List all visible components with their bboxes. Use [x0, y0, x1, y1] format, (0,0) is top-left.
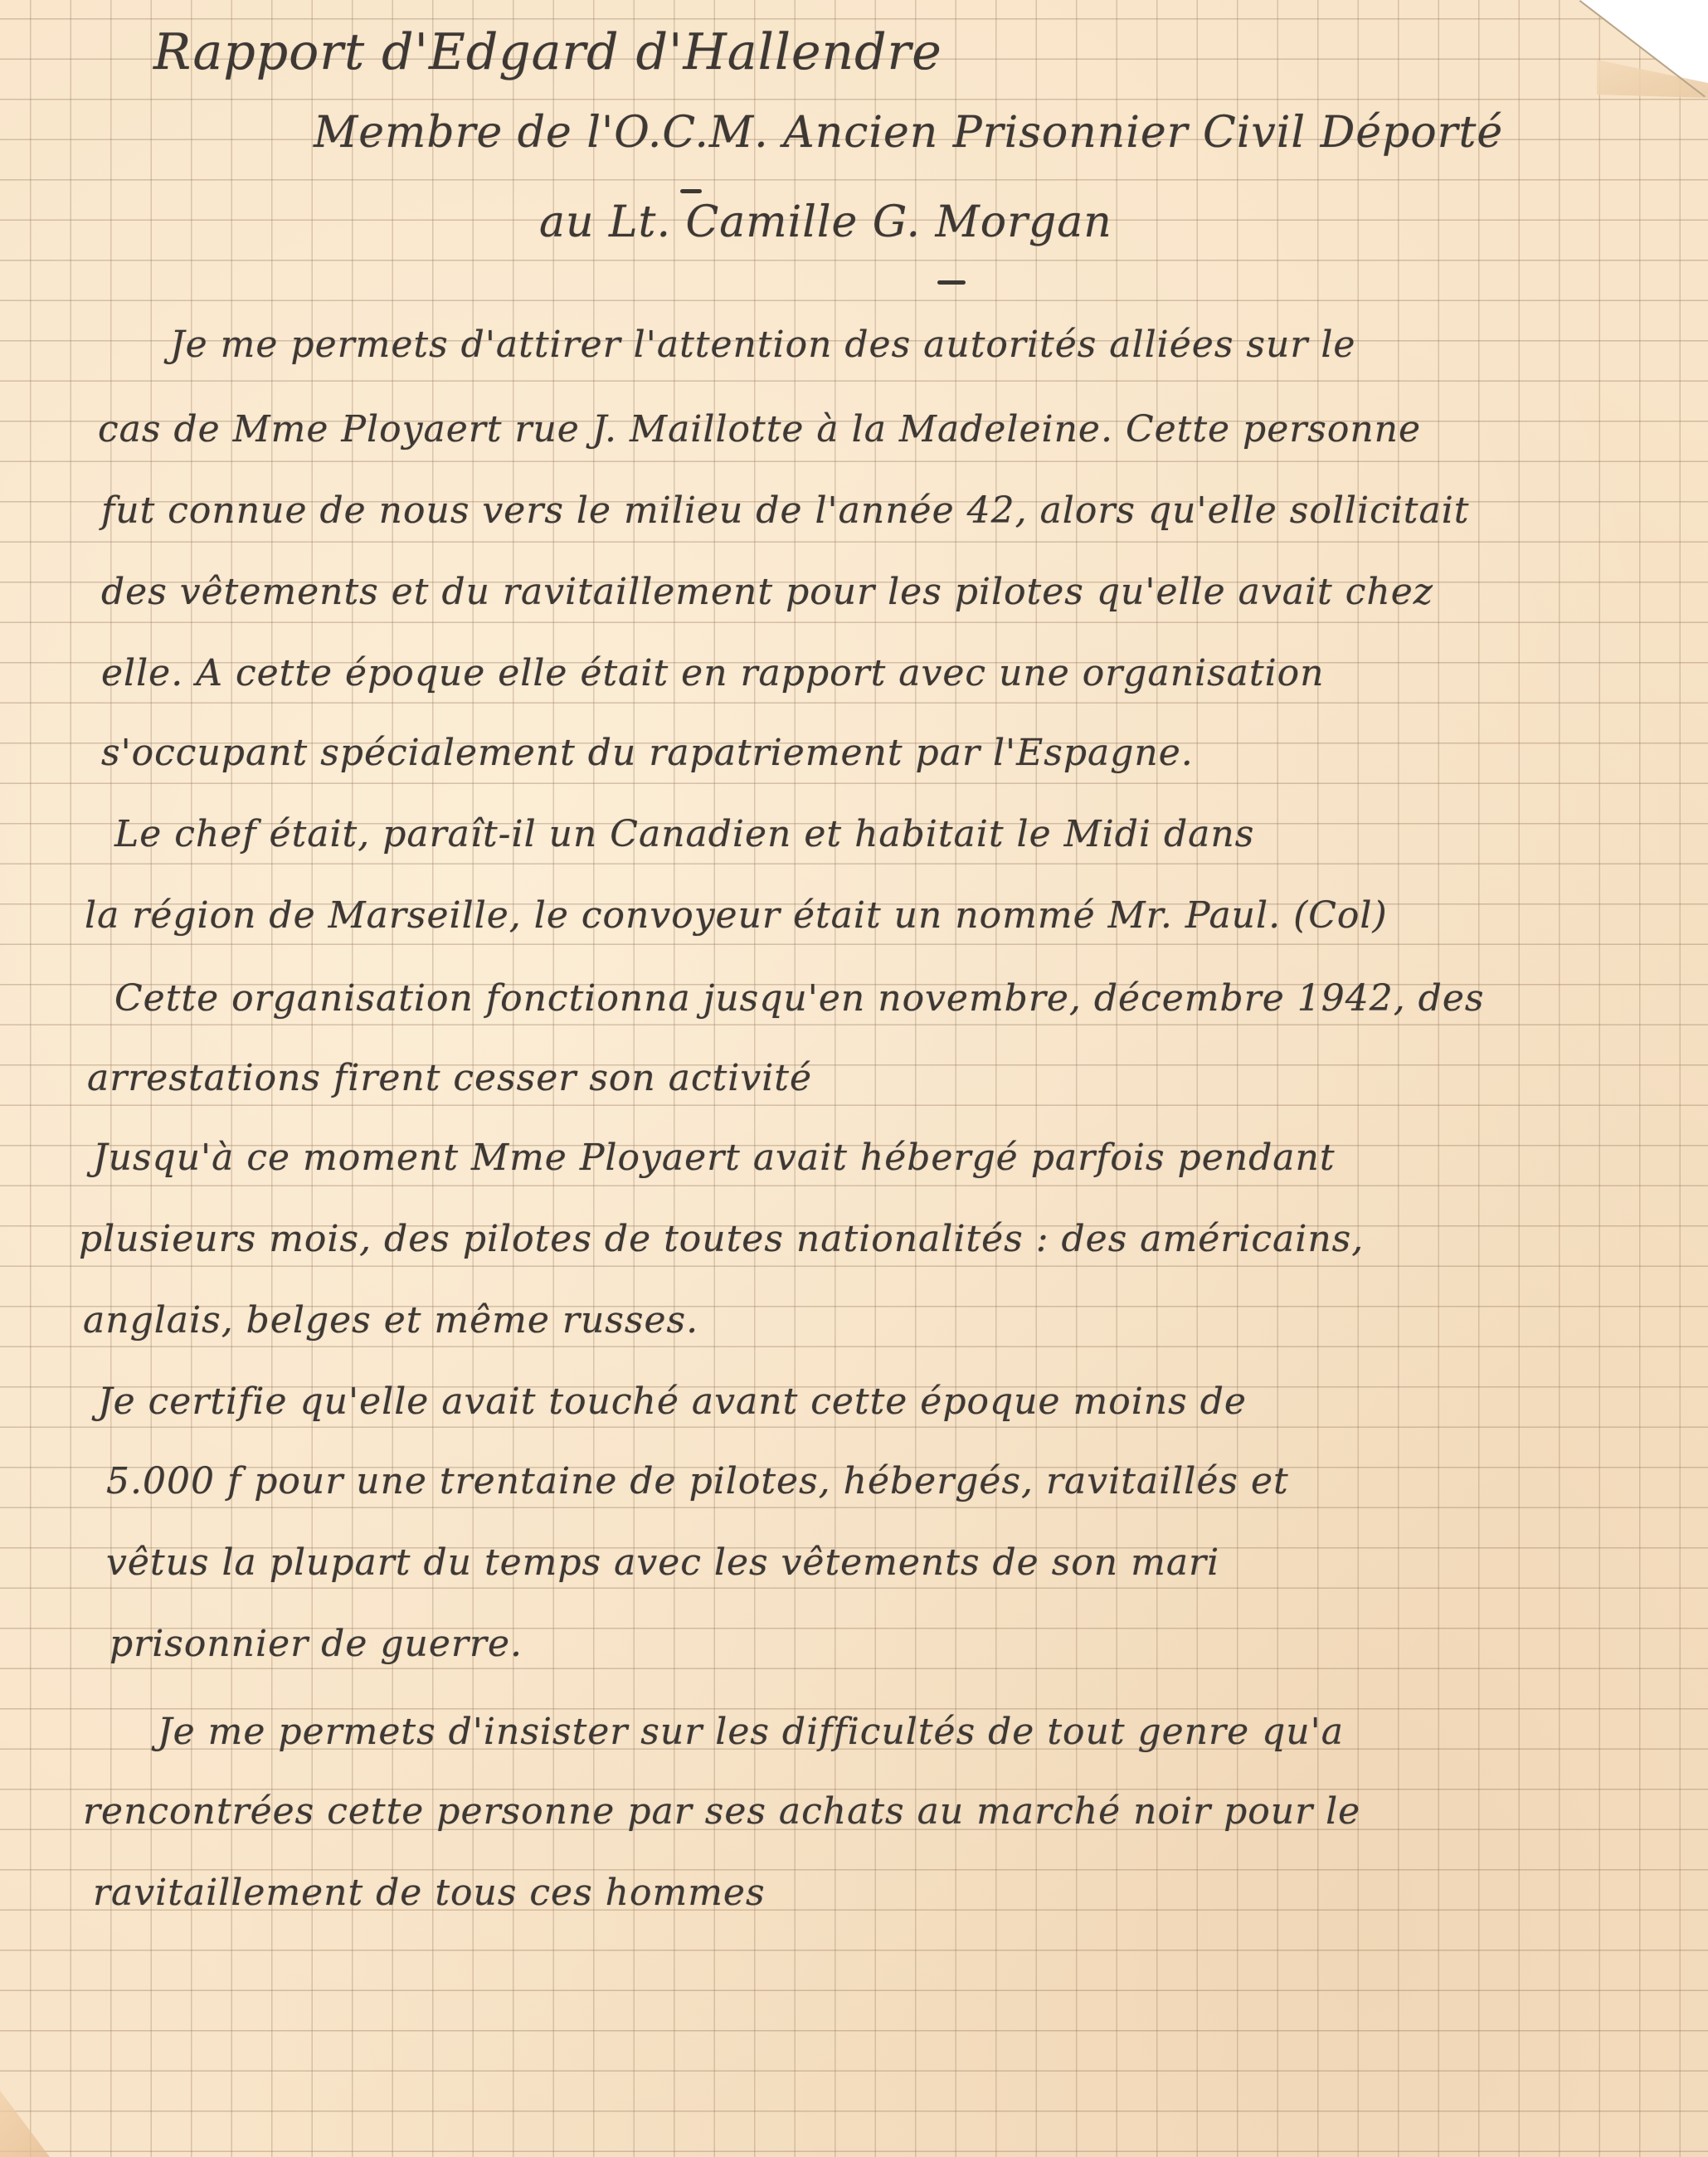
body-line: ravitaillement de tous ces hommes: [93, 1872, 766, 1914]
body-line: cas de Mme Ployaert rue J. Maillotte à l…: [98, 408, 1421, 450]
body-line: s'occupant spécialement du rapatriement …: [101, 732, 1194, 774]
body-line: Je me permets d'attirer l'attention des …: [170, 324, 1355, 366]
body-line: des vêtements et du ravitaillement pour …: [101, 571, 1433, 613]
body-line: rencontrées cette personne par ses achat…: [83, 1790, 1360, 1833]
addressee: au Lt. Camille G. Morgan: [539, 197, 1112, 247]
body-line: Je me permets d'insister sur les difficu…: [158, 1711, 1344, 1753]
body-line: Cette organisation fonctionna jusqu'en n…: [114, 977, 1484, 1020]
body-line: 5.000 f pour une trentaine de pilotes, h…: [106, 1460, 1289, 1502]
body-line: Le chef était, paraît-il un Canadien et …: [114, 813, 1254, 855]
decorative-dash: [680, 189, 702, 193]
body-line: Je certifie qu'elle avait touché avant c…: [98, 1380, 1247, 1423]
report-title: Rapport d'Edgard d'Hallendre: [153, 23, 942, 81]
body-line: anglais, belges et même russes.: [83, 1299, 698, 1341]
separator-dash: [937, 280, 966, 285]
body-line: plusieurs mois, des pilotes de toutes na…: [79, 1218, 1364, 1260]
author-affiliation: Membre de l'O.C.M. Ancien Prisonnier Civ…: [314, 108, 1503, 158]
body-line: arrestations firent cesser son activité: [87, 1057, 812, 1099]
handwritten-letter-page: Rapport d'Edgard d'Hallendre Membre de l…: [0, 0, 1708, 2157]
body-line: Jusqu'à ce moment Mme Ployaert avait héb…: [93, 1137, 1336, 1179]
body-line: elle. A cette époque elle était en rappo…: [101, 652, 1325, 694]
body-line: prisonnier de guerre.: [109, 1623, 523, 1665]
body-line: vêtus la plupart du temps avec les vêtem…: [106, 1541, 1219, 1584]
body-line: fut connue de nous vers le milieu de l'a…: [101, 489, 1469, 532]
body-line: la région de Marseille, le convoyeur éta…: [85, 894, 1388, 937]
